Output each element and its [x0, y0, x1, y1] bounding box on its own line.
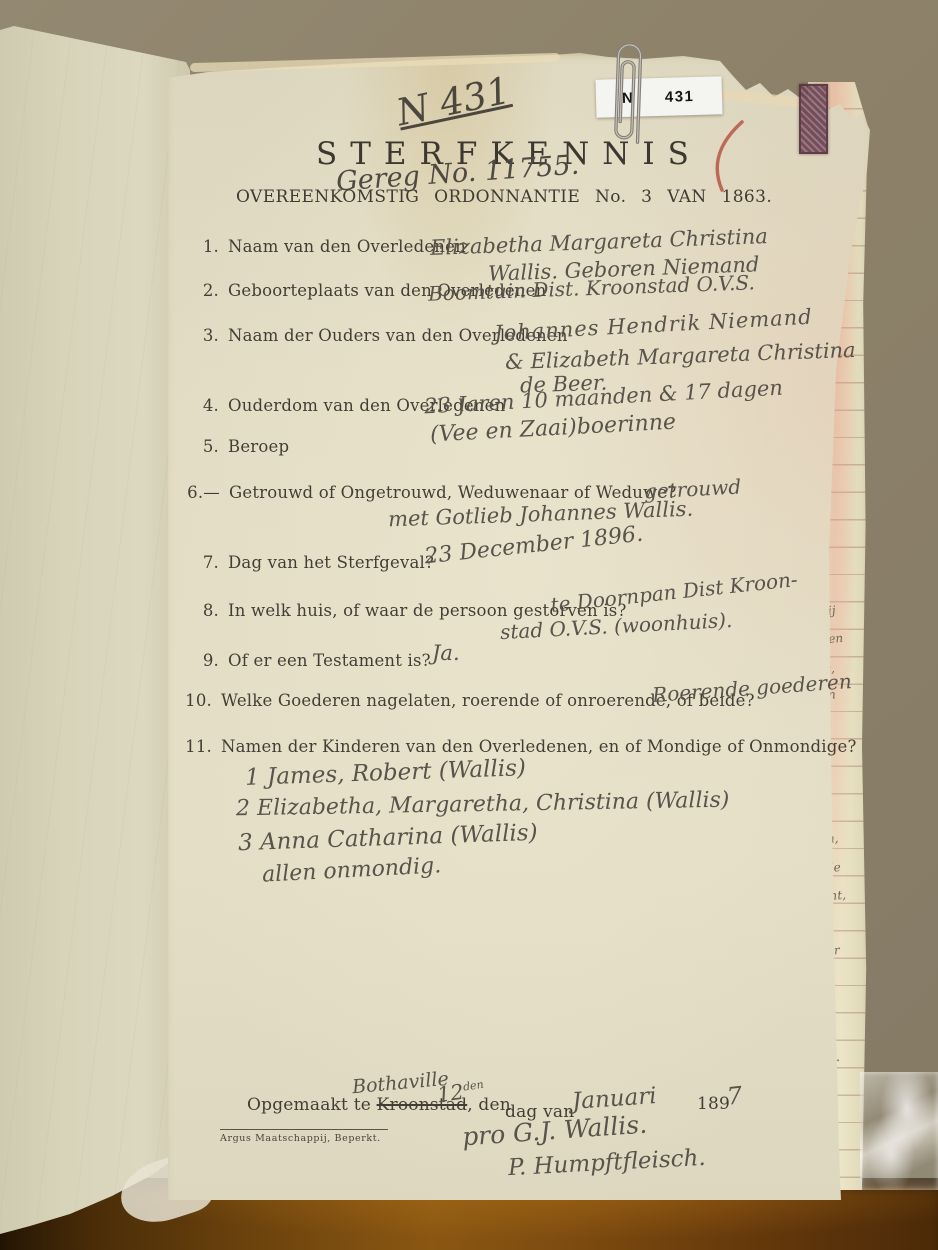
form-item-5: 5.Beroep [185, 437, 289, 456]
form-item-1: 1.Naam van den Overledenen [185, 237, 466, 256]
plastic-tape [860, 1072, 938, 1190]
answer-testament: Ja. [432, 641, 460, 665]
year-printed: 189 [697, 1094, 730, 1114]
form-item-11: 11.Namen der Kinderen van den Overledene… [178, 737, 857, 756]
red-pencil-mark [702, 118, 750, 198]
label-number: 431 [665, 88, 695, 106]
paperclip [606, 37, 658, 161]
form-item-9: 9.Of er een Testament is? [185, 651, 431, 670]
photo-of-death-notice: { "clip_label": { "letter": "N", "number… [0, 0, 938, 1250]
left-page [0, 0, 190, 1250]
revenue-stamp [799, 84, 828, 154]
form-item-7: 7.Dag van het Sterfgeval? [185, 553, 434, 572]
printer-imprint: Argus Maatschappij, Beperkt. [220, 1129, 388, 1144]
year-handwritten: 7 [726, 1081, 744, 1110]
ordinance-line: OVEREENKOMSTIG ORDONNANTIE No. 3 VAN 186… [236, 187, 772, 207]
